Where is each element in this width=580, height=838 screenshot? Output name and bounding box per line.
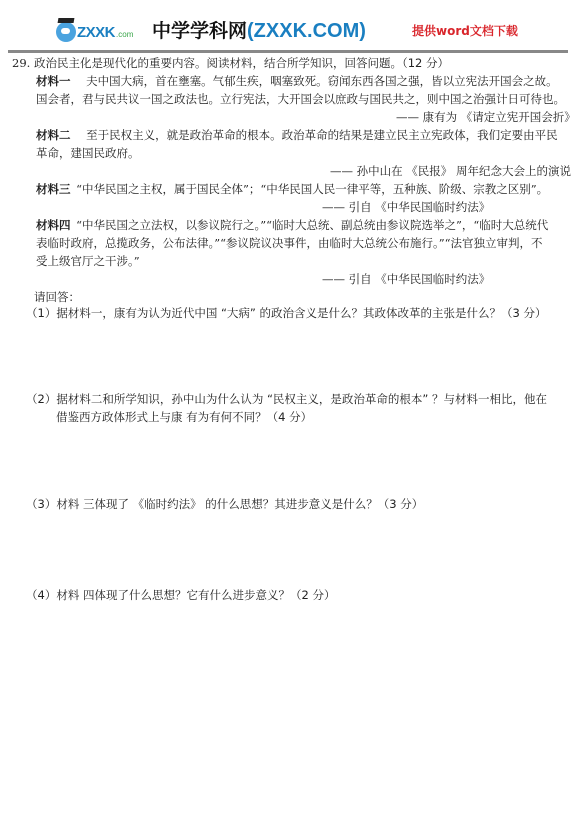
site-title: 中学学科网(ZXXK.COM) bbox=[152, 16, 366, 43]
sub-question-2-line-1: （2）据材料二和所学知识，孙中山为什么认为 “民权主义，是政治革命的根本” ？与… bbox=[26, 392, 547, 406]
material-2-line-2: 革命，建国民政府。 bbox=[36, 146, 140, 160]
logo-suffix: .com bbox=[116, 30, 133, 39]
answer-prompt: 请回答： bbox=[34, 290, 80, 304]
page-header: ZXXK .com 中学学科网(ZXXK.COM) 提供word文档下载 bbox=[0, 0, 580, 50]
site-brand: (ZXXK.COM) bbox=[247, 20, 366, 42]
sub-question-2-line-2: 借鉴西方政体形式上与康 有为有何不同？（4 分） bbox=[56, 410, 312, 424]
material-1-source: —— 康有为 《请定立宪开国会折》 bbox=[396, 110, 576, 124]
site-tagline: 提供word文档下载 bbox=[412, 22, 518, 39]
question-number: 29. bbox=[12, 56, 30, 70]
question-prompt: 政治民主化是现代化的重要内容。阅读材料，结合所学知识，回答问题。（12 分） bbox=[34, 56, 449, 70]
material-1-line-2: 国会者，君与民共议一国之政法也。立行宪法，大开国会以庶政与国民共之，则中国之治强… bbox=[36, 92, 565, 106]
material-4-source: —— 引自 《中华民国临时约法》 bbox=[322, 272, 490, 286]
material-2-label: 材料二 bbox=[36, 128, 71, 142]
question-header: 29. 政治民主化是现代化的重要内容。阅读材料，结合所学知识，回答问题。（12 … bbox=[12, 56, 449, 70]
material-3-source: —— 引自 《中华民国临时约法》 bbox=[322, 200, 490, 214]
material-2-line-1: 材料二 至于民权主义，就是政治革命的根本。政治革命的结果是建立民主立宪政体，我们… bbox=[36, 128, 558, 142]
material-4-line-3: 受上级官厅之干涉。” bbox=[36, 254, 140, 268]
sub-question-1: （1）据材料一，康有为认为近代中国 “大病” 的政治含义是什么？其政体改革的主张… bbox=[26, 306, 547, 320]
zxxk-logo: ZXXK .com bbox=[56, 20, 133, 44]
material-4-line-1: 材料四 “中华民国之立法权，以参议院行之。”“临时大总统、副总统由参议院选举之”… bbox=[36, 218, 548, 232]
material-1-label: 材料一 bbox=[36, 74, 71, 88]
site-name: 中学学科网 bbox=[152, 20, 247, 42]
material-3-line-1: 材料三 “中华民国之主权，属于国民全体”；“中华民国人民一律平等，五种族、阶级、… bbox=[36, 182, 548, 196]
material-4-label: 材料四 bbox=[36, 218, 71, 232]
sub-question-3: （3）材料 三体现了 《临时约法》 的什么思想？其进步意义是什么？（3 分） bbox=[26, 497, 423, 511]
header-divider bbox=[8, 50, 568, 53]
mascot-icon bbox=[56, 22, 76, 42]
material-1-line-1: 材料一 夫中国大病，首在壅塞。气郁生疾，咽塞致死。窃闻东西各国之强，皆以立宪法开… bbox=[36, 74, 558, 88]
logo-text: ZXXK bbox=[77, 24, 115, 41]
material-4-line-2: 表临时政府，总揽政务，公布法律。”“参议院议决事件，由临时大总统公布施行。”“法… bbox=[36, 236, 543, 250]
material-3-label: 材料三 bbox=[36, 182, 71, 196]
material-2-source: —— 孙中山在 《民报》 周年纪念大会上的演说 bbox=[330, 164, 571, 178]
sub-question-4: （4）材料 四体现了什么思想？它有什么进步意义？（2 分） bbox=[26, 588, 335, 602]
